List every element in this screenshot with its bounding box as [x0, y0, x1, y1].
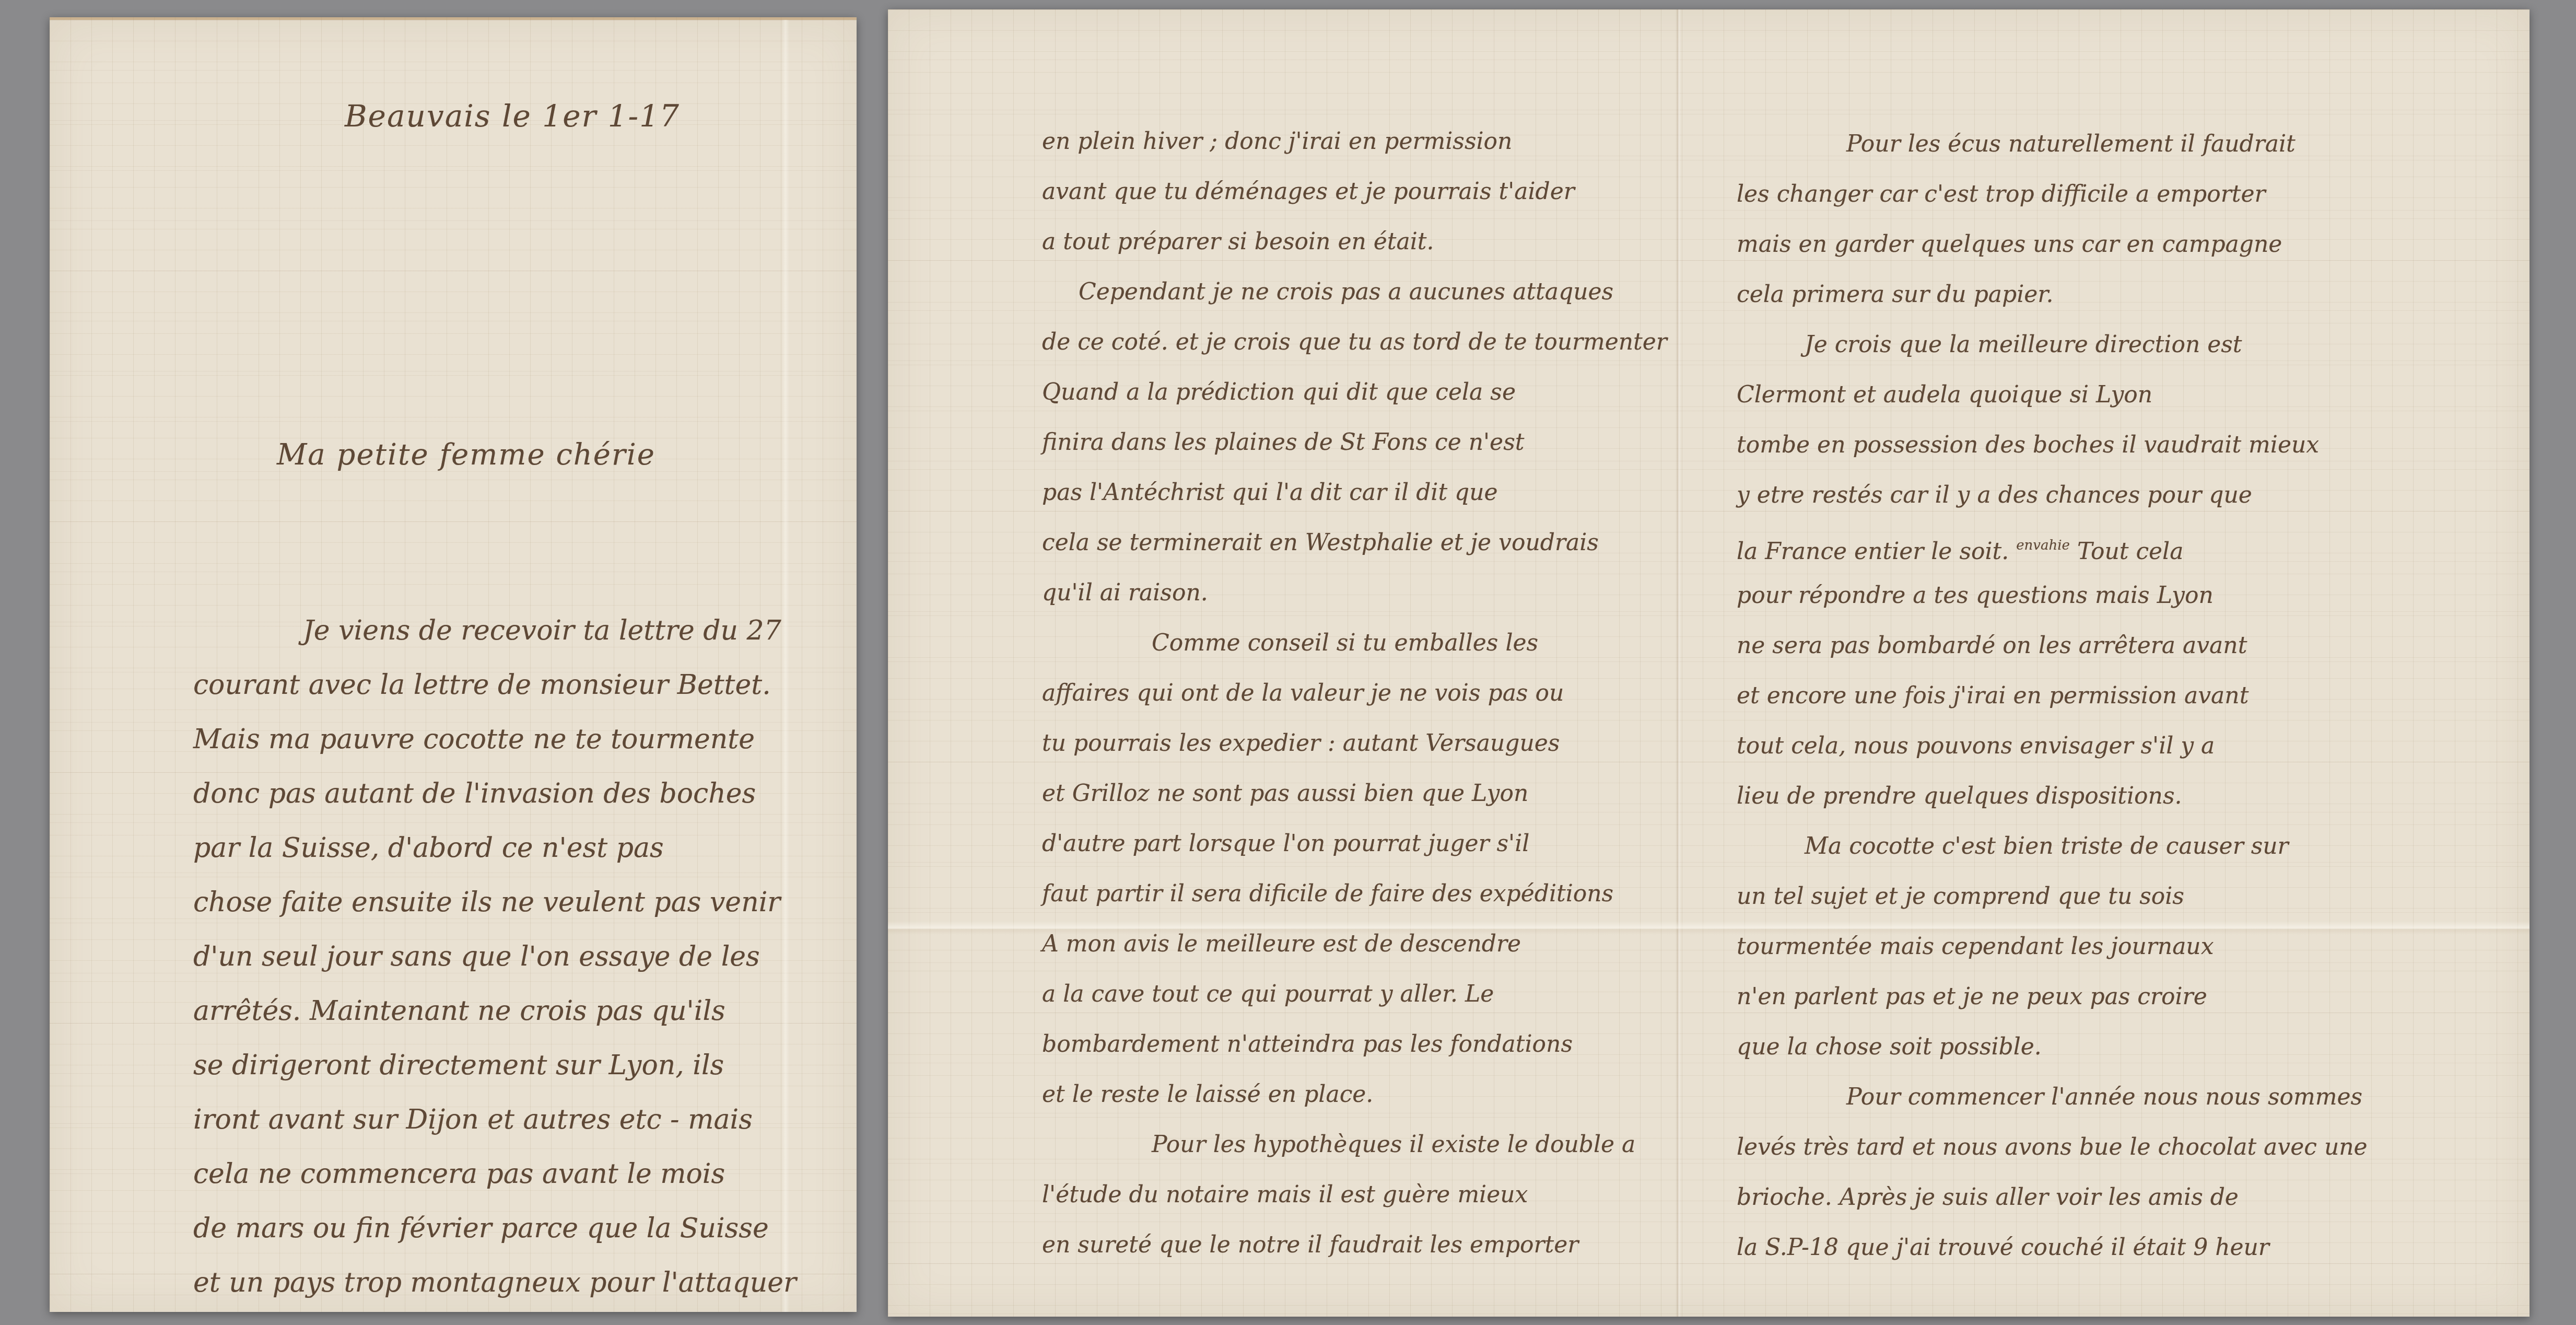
- letter-line: y etre restés car il y a des chances pou…: [1737, 470, 2374, 520]
- letter-line: de ce coté. et je crois que tu as tord d…: [1042, 317, 1674, 367]
- letter-line: tu pourrais les expedier : autant Versau…: [1042, 718, 1674, 769]
- letter-line: donc pas autant de l'invasion des boches: [193, 766, 857, 821]
- letter-line: arrêtés. Maintenant ne crois pas qu'ils: [193, 984, 857, 1038]
- letter-line: Je viens de recevoir ta lettre du 27: [193, 603, 857, 658]
- letter-line: Mais ma pauvre cocotte ne te tourmente: [193, 712, 857, 766]
- letter-line: tout cela, nous pouvons envisager s'il y…: [1737, 721, 2374, 771]
- interlinear-insertion: envahie: [2016, 538, 2070, 553]
- letter-line: cela ne commencera pas avant le mois: [193, 1147, 857, 1201]
- letter-line: bombardement n'atteindra pas les fondati…: [1042, 1019, 1674, 1070]
- letter-pages-2-3: en plein hiver ; donc j'irai en permissi…: [888, 9, 2530, 1317]
- letter-line: n'en parlent pas et je ne peux pas croir…: [1737, 972, 2374, 1022]
- letter-line: d'un seul jour sans que l'on essaye de l…: [193, 929, 857, 984]
- letter-line-segment: la France entier le soit.: [1737, 538, 2016, 565]
- letter-line: se dirigeront directement sur Lyon, ils: [193, 1038, 857, 1092]
- letter-line: d'autre part lorsque l'on pourrat juger …: [1042, 819, 1674, 869]
- letter-line: tombe en possession des boches il vaudra…: [1737, 420, 2374, 470]
- letter-line: Je crois que la meilleure direction est: [1737, 320, 2374, 370]
- page-3-body: Pour les écus naturellement il faudrait …: [1737, 119, 2374, 1273]
- letter-line: finira dans les plaines de St Fons ce n'…: [1042, 417, 1674, 468]
- letter-line: Pour les hypothèques il existe le double…: [1042, 1120, 1674, 1170]
- letter-line: ne sera pas bombardé on les arrêtera ava…: [1737, 621, 2374, 671]
- letter-line: et le reste le laissé en place.: [1042, 1070, 1674, 1120]
- letter-line: avant que tu déménages et je pourrais t'…: [1042, 167, 1674, 217]
- letter-line: cela primera sur du papier.: [1737, 270, 2374, 320]
- scanned-letter-background: { "document": { "kind": "Scanned handwri…: [0, 0, 2576, 1325]
- letter-page-1: Beauvais le 1er 1-17 Ma petite femme ché…: [50, 17, 857, 1312]
- letter-line: l'étude du notaire mais il est guère mie…: [1042, 1170, 1674, 1220]
- letter-line: qu'il ai raison.: [1042, 568, 1674, 618]
- letter-line: la S.P-18 que j'ai trouvé couché il étai…: [1737, 1223, 2374, 1273]
- letter-line: Clermont et audela quoique si Lyon: [1737, 370, 2374, 420]
- letter-line: A mon avis le meilleure est de descendre: [1042, 919, 1674, 969]
- letter-line: Pour les écus naturellement il faudrait: [1737, 119, 2374, 169]
- letter-line: Quand a la prédiction qui dit que cela s…: [1042, 367, 1674, 417]
- letter-line: affaires qui ont de la valeur je ne vois…: [1042, 668, 1674, 718]
- letter-line: courant avec la lettre de monsieur Bette…: [193, 658, 857, 712]
- letter-line: Pour commencer l'année nous nous sommes: [1737, 1072, 2374, 1122]
- letter-line: mais en garder quelques uns car en campa…: [1737, 219, 2374, 270]
- letter-line: Cependant je ne crois pas a aucunes atta…: [1042, 267, 1674, 317]
- letter-line: un tel sujet et je comprend que tu sois: [1737, 871, 2374, 922]
- letter-line: que la chose soit possible.: [1737, 1022, 2374, 1072]
- letter-line: et un pays trop montagneux pour l'attaqu…: [193, 1256, 857, 1310]
- salutation: Ma petite femme chérie: [277, 438, 655, 472]
- dateline: Beauvais le 1er 1-17: [345, 98, 680, 134]
- letter-line: de mars ou fin février parce que la Suis…: [193, 1201, 857, 1256]
- page-1-body: Je viens de recevoir ta lettre du 27 cou…: [193, 603, 857, 1310]
- letter-line: a tout préparer si besoin en était.: [1042, 217, 1674, 267]
- letter-line: par la Suisse, d'abord ce n'est pas: [193, 821, 857, 875]
- letter-line: pour répondre a tes questions mais Lyon: [1737, 571, 2374, 621]
- letter-line: Comme conseil si tu emballes les: [1042, 618, 1674, 668]
- letter-line: a la cave tout ce qui pourrat y aller. L…: [1042, 969, 1674, 1019]
- letter-line: Ma cocotte c'est bien triste de causer s…: [1737, 821, 2374, 871]
- letter-line-segment: Tout cela: [2070, 538, 2183, 565]
- letter-line: brioche. Après je suis aller voir les am…: [1737, 1172, 2374, 1223]
- letter-line: lieu de prendre quelques dispositions.: [1737, 771, 2374, 821]
- letter-line: pas l'Antéchrist qui l'a dit car il dit …: [1042, 468, 1674, 518]
- letter-line: faut partir il sera dificile de faire de…: [1042, 869, 1674, 919]
- letter-line: les changer car c'est trop difficile a e…: [1737, 169, 2374, 219]
- letter-line: tourmentée mais cependant les journaux: [1737, 922, 2374, 972]
- letter-line: et encore une fois j'irai en permission …: [1737, 671, 2374, 721]
- letter-line: en sureté que le notre il faudrait les e…: [1042, 1220, 1674, 1270]
- letter-line: levés très tard et nous avons bue le cho…: [1737, 1122, 2374, 1172]
- letter-line: la France entier le soit. envahie Tout c…: [1737, 520, 2374, 571]
- center-fold-crease: [1676, 9, 1681, 1317]
- letter-line: chose faite ensuite ils ne veulent pas v…: [193, 875, 857, 929]
- page-2-body: en plein hiver ; donc j'irai en permissi…: [1042, 117, 1674, 1270]
- letter-line: cela se terminerait en Westphalie et je …: [1042, 518, 1674, 568]
- letter-line: et Grilloz ne sont pas aussi bien que Ly…: [1042, 769, 1674, 819]
- letter-line: iront avant sur Dijon et autres etc - ma…: [193, 1092, 857, 1147]
- letter-line: en plein hiver ; donc j'irai en permissi…: [1042, 117, 1674, 167]
